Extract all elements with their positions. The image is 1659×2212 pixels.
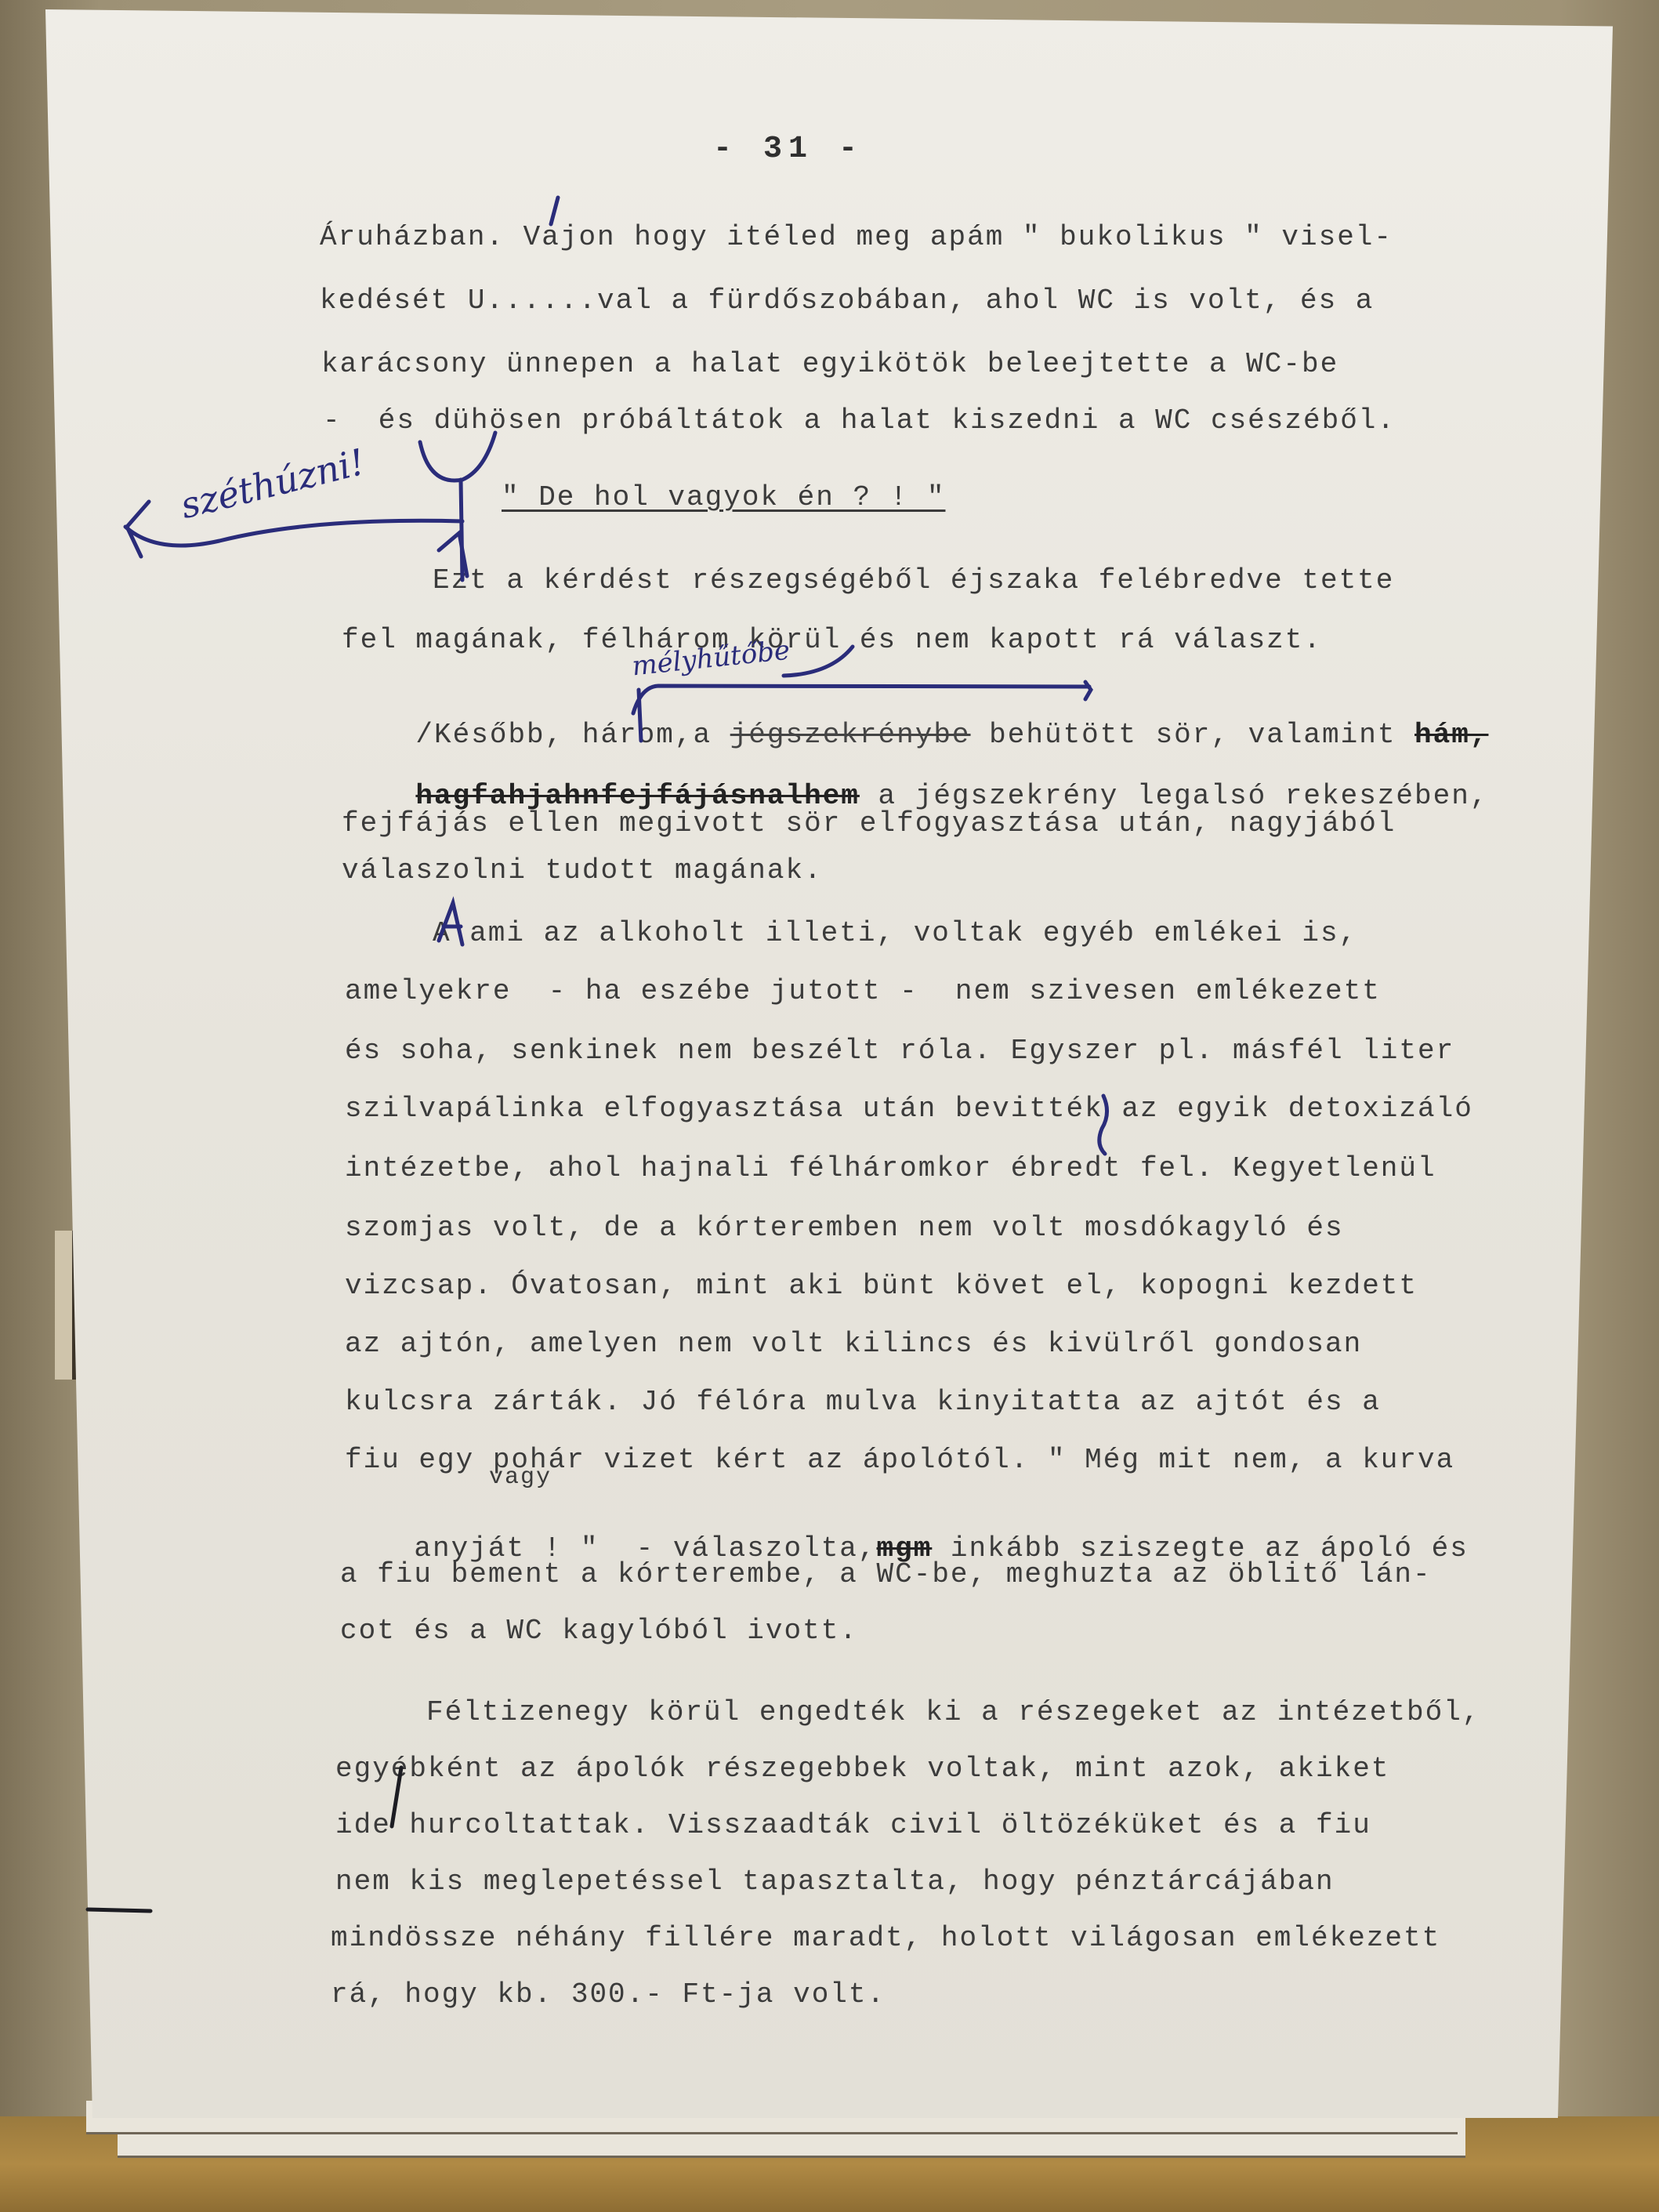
text-line: szomjas volt, de a kórteremben nem volt … <box>345 1212 1344 1244</box>
text-line: kedését U......val a fürdőszobában, ahol… <box>320 285 1374 317</box>
text-line: cot és a WC kagylóból ivott. <box>340 1615 858 1647</box>
text-line: fel magának, félhárom körül és nem kapot… <box>342 624 1322 656</box>
text-line: karácsony ünnepen a halat egyikötök bele… <box>321 348 1338 380</box>
text-line: az ajtón, amelyen nem volt kilincs és ki… <box>345 1328 1362 1360</box>
text-line: nem kis meglepetéssel tapasztalta, hogy … <box>335 1866 1335 1898</box>
text-line: mindössze néhány fillére maradt, holott … <box>331 1922 1440 1954</box>
text-line: Ezt a kérdést részegségéből éjszaka felé… <box>433 564 1394 597</box>
text-segment: behütött sör, valamint <box>971 719 1414 751</box>
section-heading: " De hol vagyok én ? ! " <box>502 481 945 513</box>
page-number: - 31 - <box>713 132 864 167</box>
typed-insertion: vagy <box>489 1464 552 1491</box>
text-line: kulcsra zárták. Jó félóra mulva kinyitat… <box>345 1386 1381 1418</box>
text-line: szilvapálinka elfogyasztása után bevitté… <box>345 1093 1473 1125</box>
text-line: Féltizenegy körül engedték ki a részegek… <box>426 1696 1480 1728</box>
text-line: - és dühösen próbáltátok a halat kiszedn… <box>323 404 1396 437</box>
text-line: amelyekre - ha eszébe jutott - nem szive… <box>345 975 1381 1007</box>
text-line: ide hurcoltattak. Visszaadták civil öltö… <box>335 1809 1371 1841</box>
text-line: A ami az alkoholt illeti, voltak egyéb e… <box>433 917 1357 949</box>
text-segment: /Később, három,a <box>415 719 730 751</box>
text-line: a fiu bement a kórterembe, a WC-be, megh… <box>340 1558 1432 1590</box>
struck-word: jégszekrénybe <box>730 719 971 751</box>
text-line: válaszolni tudott magának. <box>342 854 823 887</box>
text-line: vizcsap. Óvatosan, mint aki bünt követ e… <box>345 1270 1418 1302</box>
text-line: intézetbe, ahol hajnali félháromkor ébre… <box>345 1152 1436 1184</box>
text-line: rá, hogy kb. 300.- Ft-ja volt. <box>331 1978 886 2011</box>
struck-word: hám, <box>1414 719 1488 751</box>
page-content: - 31 - Áruházban. Vajon hogy itéled meg … <box>0 0 1659 2212</box>
text-line: egyébként az ápolók részegebbek voltak, … <box>335 1753 1389 1785</box>
margin-note-handwritten: széthúzni! <box>176 441 369 527</box>
text-line: Áruházban. Vajon hogy itéled meg apám " … <box>320 221 1393 253</box>
text-line: fejfájás ellen megivott sör elfogyasztás… <box>342 807 1396 839</box>
text-line: és soha, senkinek nem beszélt róla. Egys… <box>345 1035 1454 1067</box>
